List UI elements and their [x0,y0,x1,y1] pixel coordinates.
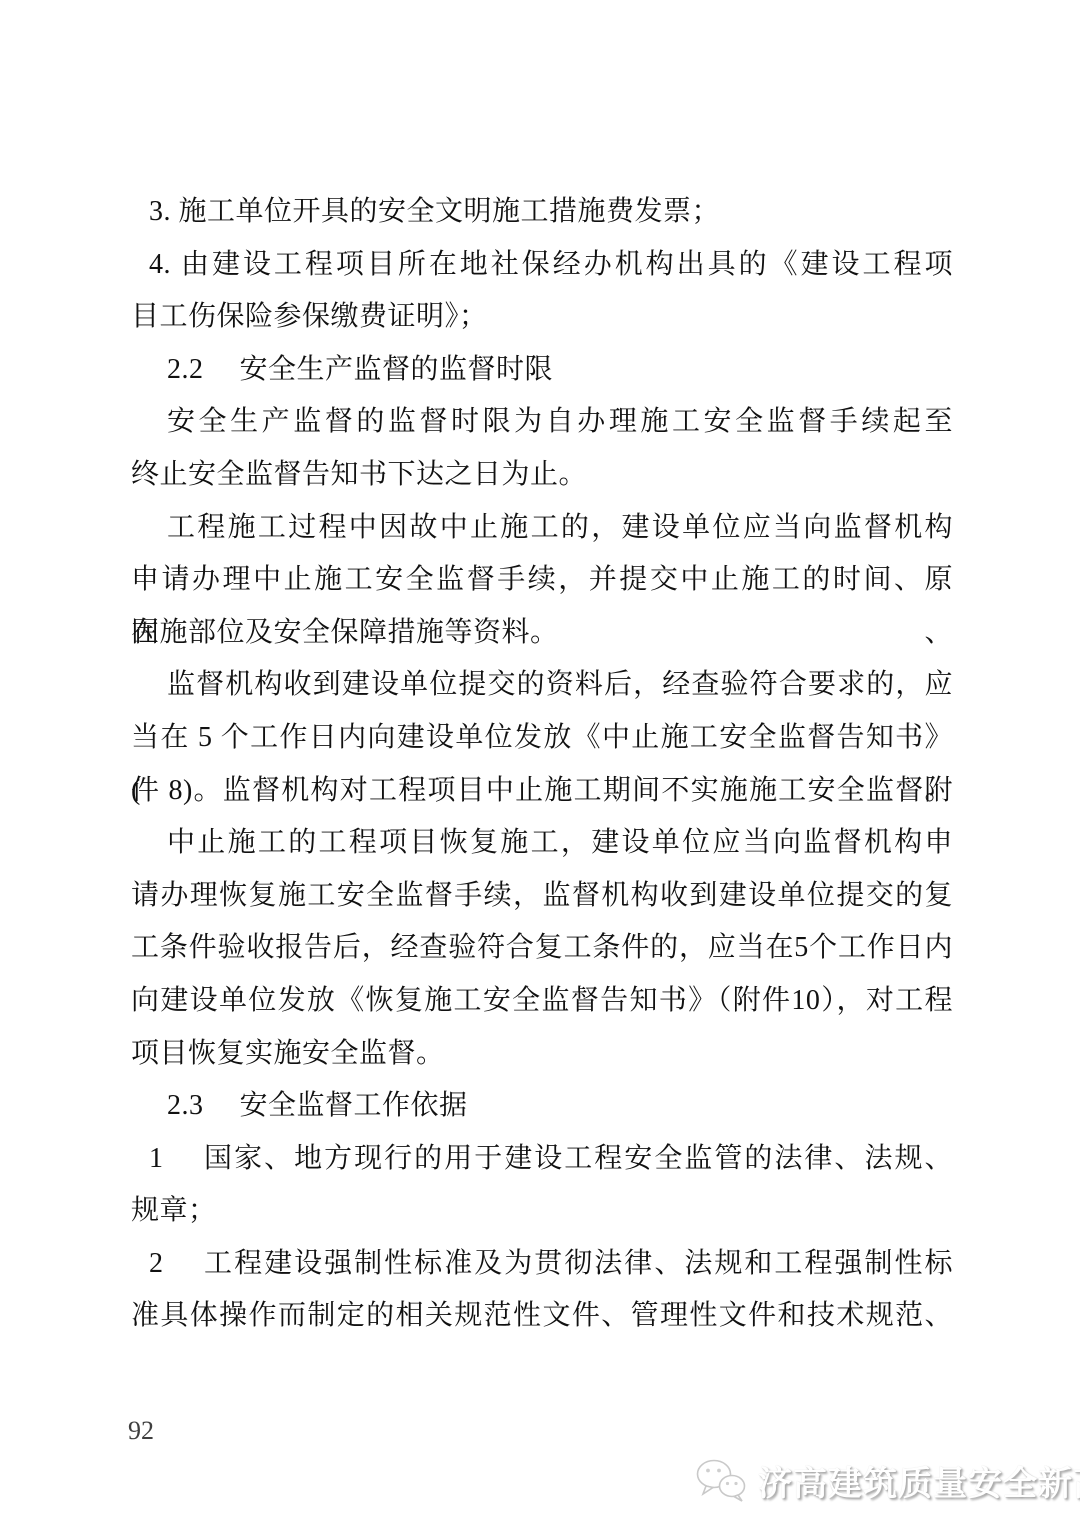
document-page: 3. 施工单位开具的安全文明施工措施费发票；4. 由建设工程项目所在地社保经办机… [0,0,1080,1527]
text-line: 请办理恢复施工安全监督手续，监督机构收到建设单位提交的复 [131,870,953,923]
text-line: 中止施工的工程项目恢复施工，建设单位应当向监督机构申 [131,817,953,870]
text-line: 2.3 安全监督工作依据 [131,1080,953,1133]
text-line: 4. 由建设工程项目所在地社保经办机构出具的《建设工程项 [131,239,953,292]
text-line: 安全生产监督的监督时限为自办理施工安全监督手续起至 [131,396,953,449]
text-line: 2.2 安全生产监督的监督时限 [131,344,953,397]
text-line: 当在 5 个工作日内向建设单位发放《中止施工安全监督告知书》(附 [131,712,953,765]
wechat-icon [694,1457,748,1505]
text-line: 3. 施工单位开具的安全文明施工措施费发票； [131,186,953,239]
page-number: 92 [128,1416,154,1446]
text-line: 1 国家、地方现行的用于建设工程安全监管的法律、法规、 [131,1133,953,1186]
text-line: 工程施工过程中因故中止施工的，建设单位应当向监督机构 [131,502,953,555]
text-line: 向建设单位发放《恢复施工安全监督告知书》（附件10），对工程 [131,975,953,1028]
text-line: 件 8)。监督机构对工程项目中止施工期间不实施施工安全监督。 [131,765,953,818]
watermark: 济高建筑质量安全新高地 [694,1456,1080,1505]
watermark-text: 济高建筑质量安全新高地 [758,1456,1080,1505]
text-line: 准具体操作而制定的相关规范性文件、管理性文件和技术规范、 [131,1290,953,1343]
text-line: 规章； [131,1185,953,1238]
text-line: 申请办理中止施工安全监督手续，并提交中止施工的时间、原因、 [131,554,953,607]
text-line: 终止安全监督告知书下达之日为止。 [131,449,953,502]
text-line: 目工伤保险参保缴费证明》； [131,291,953,344]
text-line: 工条件验收报告后，经查验符合复工条件的，应当在5个工作日内 [131,922,953,975]
document-body: 3. 施工单位开具的安全文明施工措施费发票；4. 由建设工程项目所在地社保经办机… [131,186,953,1343]
text-line: 2 工程建设强制性标准及为贯彻法律、法规和工程强制性标 [131,1238,953,1291]
text-line: 项目恢复实施安全监督。 [131,1028,953,1081]
text-line: 监督机构收到建设单位提交的资料后，经查验符合要求的，应 [131,659,953,712]
